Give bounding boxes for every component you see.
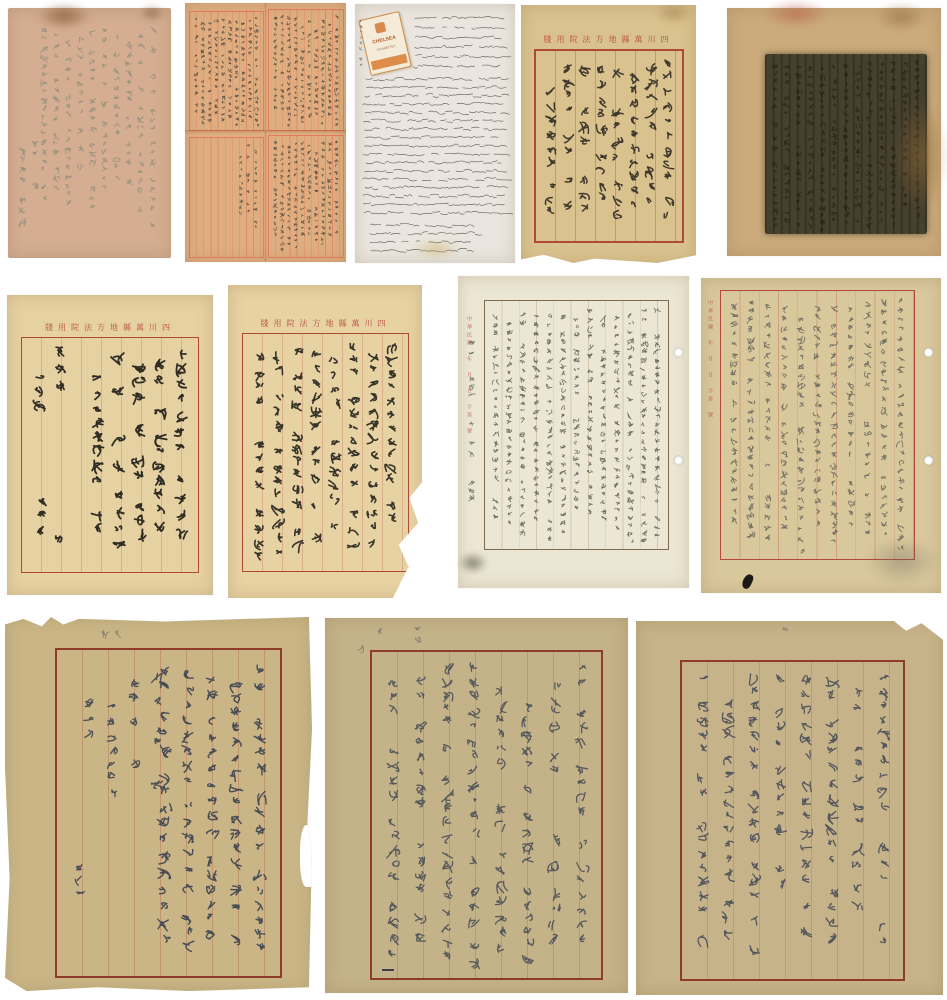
punch-hole (674, 456, 683, 465)
cigarette-pack-illustration: CHELSEA CIGARETTES (358, 11, 412, 76)
handwriting-margin (463, 338, 481, 498)
document-large-letter-2 (325, 618, 628, 993)
handwriting (361, 74, 510, 216)
punch-hole (924, 348, 933, 357)
stain (763, 0, 829, 28)
stain (865, 537, 939, 585)
fold-crease (264, 3, 267, 262)
court-header-text: 牋用院法方地縣萬川四 (521, 35, 696, 45)
torn-edge (300, 825, 316, 887)
handwriting (690, 671, 897, 969)
handwriting-signature (16, 138, 42, 230)
stain (893, 100, 947, 212)
margin-date-text: 中華民國 年 月 日 字第 號 (707, 300, 714, 560)
scanned-letters-collage: CHELSEA CIGARETTES 牋用院法方地縣萬川四 牋用院法方地縣萬川四 (0, 0, 947, 1000)
handwriting-signature (67, 849, 93, 921)
court-header-text: 牋用院法方地縣萬川四 (21, 323, 199, 333)
pencil-page-marks (351, 624, 427, 648)
letter-panel (189, 137, 264, 258)
handwriting (272, 13, 340, 127)
document-pale-ruled-letter: 中華民國 年 月 日 字第 號 (458, 276, 689, 588)
pack-band (371, 54, 408, 71)
stain (654, 1, 694, 25)
document-darkened-manuscript (727, 8, 941, 256)
pencil-marks (752, 625, 792, 643)
punch-hole (924, 456, 933, 465)
document-folded-ruled-letter (185, 3, 346, 262)
document-court-letter-1: 牋用院法方地縣萬川四 (521, 5, 696, 263)
letter-panel (268, 135, 344, 258)
handwriting-closing (77, 669, 169, 811)
letter-panel (189, 11, 264, 131)
document-court-letter-2: 牋用院法方地縣萬川四 (7, 295, 213, 595)
punch-hole (674, 348, 683, 357)
handwriting (272, 139, 340, 254)
handwriting (152, 663, 272, 959)
handwriting-signature (33, 493, 67, 577)
handwriting (250, 341, 401, 562)
document-large-letter-1 (5, 617, 312, 991)
pencil-marks (85, 619, 125, 639)
document-court-letter-3: 牋用院法方地縣萬川四 (228, 285, 422, 598)
document-cigarette-letterhead: CHELSEA CIGARETTES (355, 4, 515, 263)
letter-panel (268, 9, 344, 131)
document-large-letter-3 (636, 621, 943, 995)
document-red-ruled-letter: 中華民國 年 月 日 字第 號 (701, 278, 941, 593)
stain (413, 239, 459, 259)
handwriting (38, 24, 159, 238)
court-header-text: 牋用院法方地縣萬川四 (242, 319, 409, 329)
stain (875, 2, 927, 32)
handwriting (543, 57, 676, 233)
pack-emblem (374, 22, 386, 34)
handwriting-side-column (357, 18, 365, 68)
handwriting (193, 15, 260, 127)
stain (458, 552, 488, 574)
handwriting (726, 296, 909, 553)
page-dash-mark (382, 969, 394, 971)
handwriting (87, 347, 191, 553)
handwriting (489, 306, 664, 544)
handwriting (410, 12, 509, 70)
handwriting (237, 142, 259, 227)
handwriting (380, 660, 595, 969)
ink-blot (740, 573, 754, 590)
stain (139, 4, 165, 22)
document-faded-pink-letter (8, 8, 171, 258)
handwriting-greeting (29, 345, 71, 463)
